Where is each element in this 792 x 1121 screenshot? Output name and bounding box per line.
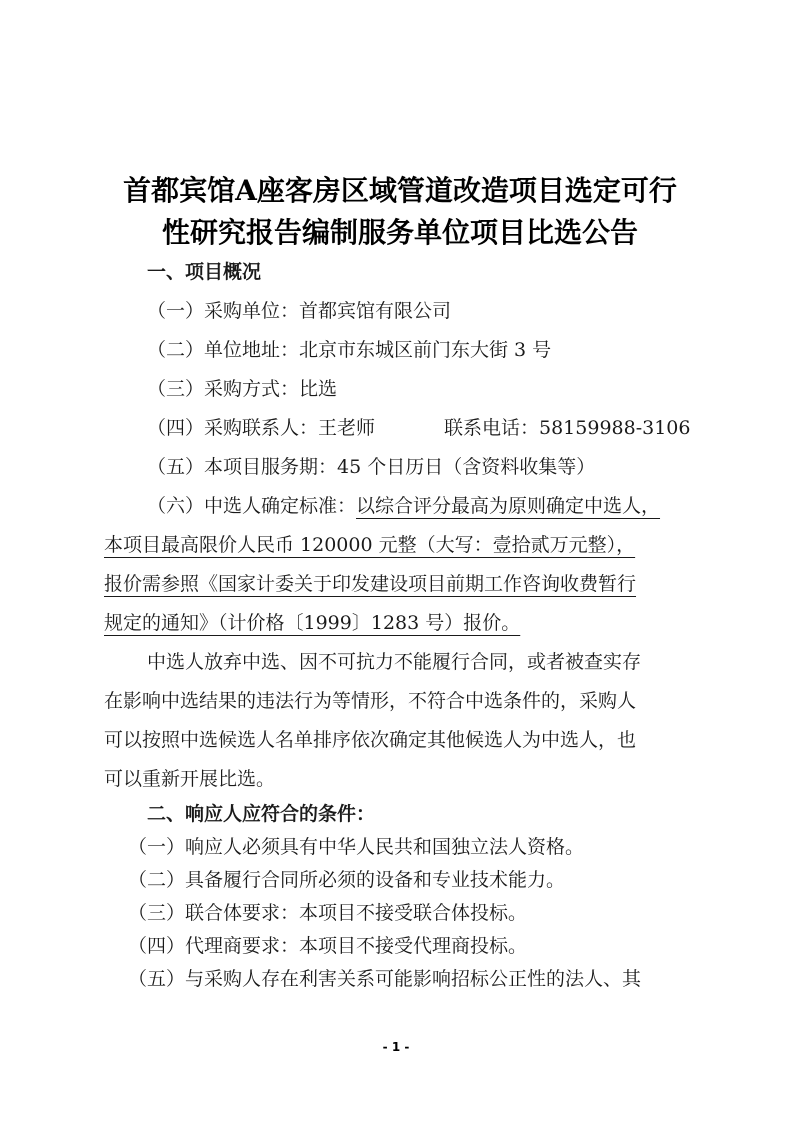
page-number: - 1 - (0, 1040, 792, 1054)
criteria-block: （六）中选人确定标准：以综合评分最高为原则确定中选人， (147, 493, 660, 519)
section-heading-overview: 一、项目概况 (147, 259, 261, 285)
requirement-item-capability: （二）具备履行合同所必须的设备和专业技术能力。 (128, 867, 565, 893)
section-heading-requirements: 二、响应人应符合的条件： (147, 801, 375, 827)
title-line-2: 性研究报告编制服务单位项目比选公告 (100, 212, 700, 254)
criteria-label: （六）中选人确定标准： (147, 495, 356, 517)
title-line-1: 首都宾馆A座客房区域管道改造项目选定可行 (100, 170, 700, 212)
overview-contact-phone: 联系电话：58159988-3106 (444, 415, 690, 441)
requirement-item-consortium: （三）联合体要求：本项目不接受联合体投标。 (128, 900, 527, 926)
requirement-item-conflict: （五）与采购人存在利害关系可能影响招标公正性的法人、其 (128, 966, 641, 992)
paragraph-line-2: 在影响中选结果的违法行为等情形，不符合中选条件的，采购人 (104, 688, 636, 714)
criteria-text-1: 以综合评分最高为原则确定中选人， (356, 495, 660, 517)
criteria-text-3: 报价需参照《国家计委关于印发建设项目前期工作咨询收费暂行 (104, 571, 636, 597)
paragraph-line-4: 可以重新开展比选。 (104, 766, 275, 792)
overview-item-contact: （四）采购联系人：王老师 (147, 415, 375, 441)
criteria-text-2: 本项目最高限价人民币 120000 元整（大写：壹拾贰万元整）， (104, 532, 635, 558)
document-page: 首都宾馆A座客房区域管道改造项目选定可行 性研究报告编制服务单位项目比选公告 一… (0, 0, 792, 1121)
criteria-text-4: 规定的通知》（计价格〔1999〕1283 号）报价。 (104, 610, 520, 636)
document-title: 首都宾馆A座客房区域管道改造项目选定可行 性研究报告编制服务单位项目比选公告 (100, 170, 700, 254)
overview-item-purchaser: （一）采购单位：首都宾馆有限公司 (147, 298, 451, 324)
overview-item-address: （二）单位地址：北京市东城区前门东大街 3 号 (147, 337, 551, 363)
paragraph-line-3: 可以按照中选候选人名单排序依次确定其他候选人为中选人，也 (104, 727, 636, 753)
overview-item-service-period: （五）本项目服务期：45 个日历日（含资料收集等） (147, 454, 595, 480)
requirement-item-agent: （四）代理商要求：本项目不接受代理商投标。 (128, 933, 527, 959)
overview-item-method: （三）采购方式：比选 (147, 376, 337, 402)
requirement-item-legal-entity: （一）响应人必须具有中华人民共和国独立法人资格。 (128, 834, 584, 860)
paragraph-line-1: 中选人放弃中选、因不可抗力不能履行合同，或者被查实存 (147, 649, 641, 675)
